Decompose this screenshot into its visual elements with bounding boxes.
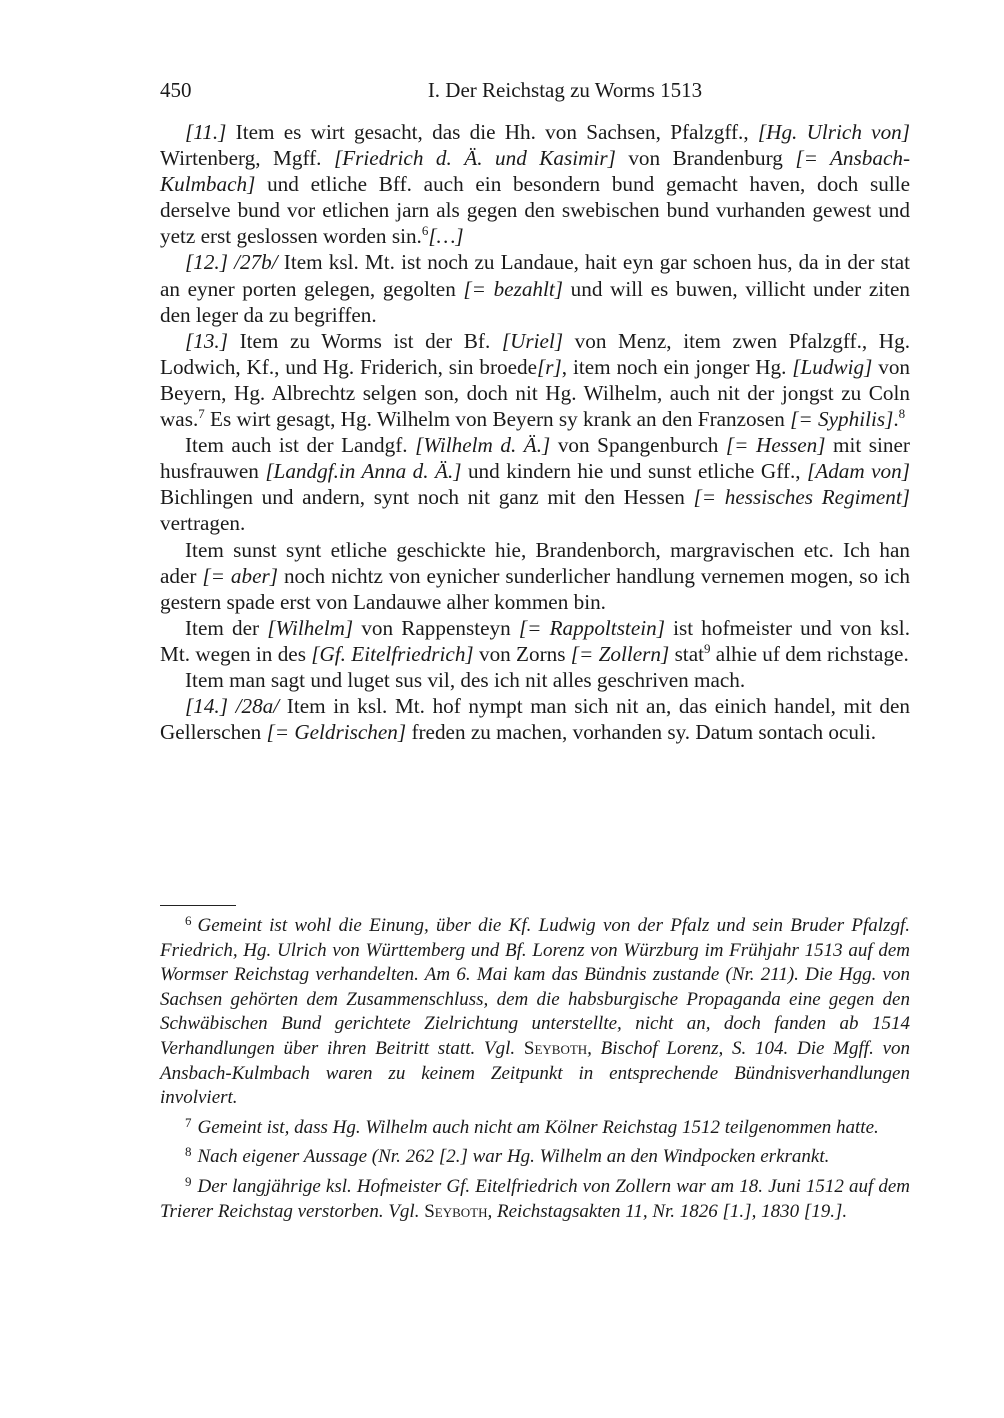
footnote: 6Gemeint ist wohl die Einung, über die K…	[160, 909, 910, 1111]
footnote: 9Der langjährige ksl. Hofmeister Gf. Eit…	[160, 1170, 910, 1224]
footnote-number: 9	[185, 1174, 192, 1189]
footnote-number: 8	[185, 1144, 192, 1159]
footnote: 8Nach eigener Aussage (Nr. 262 [2.] war …	[160, 1140, 910, 1170]
footnotes: 6Gemeint ist wohl die Einung, über die K…	[160, 909, 910, 1224]
editorial-note: [Landgf.in Anna d. Ä.]	[265, 459, 461, 483]
footnote-number: 6	[185, 913, 192, 928]
text-run: Item man sagt und luget sus vil, des ich…	[185, 668, 745, 692]
editorial-note: [13.]	[185, 329, 228, 353]
editorial-note: [r]	[537, 355, 562, 379]
text-run: freden zu machen, vorhanden sy. Datum so…	[406, 720, 876, 744]
editorial-note: [12.] /27b/	[185, 250, 278, 274]
text-run: von Rappensteyn	[353, 616, 519, 640]
editorial-note: [= Geldrischen]	[266, 720, 406, 744]
editorial-note: [Ludwig]	[792, 355, 872, 379]
text-run: , Reichstagsakten 11, Nr. 1826 [1.], 183…	[488, 1201, 848, 1222]
editorial-note: [= Hessen]	[726, 433, 826, 457]
editorial-note: […]	[428, 224, 463, 248]
text-run: , item noch ein jonger Hg.	[562, 355, 793, 379]
editorial-note: [= Rappoltstein]	[519, 616, 665, 640]
editorial-note: [Hg. Ulrich von]	[758, 120, 910, 144]
paragraph: Item auch ist der Landgf. [Wilhelm d. Ä.…	[160, 432, 910, 536]
text-run: alhie uf dem richstage.	[711, 642, 909, 666]
editorial-note: [= Syphilis]	[790, 407, 893, 431]
editorial-note: [14.] /28a/	[185, 694, 279, 718]
editorial-note: [Friedrich d. Ä. und Kasimir]	[334, 146, 616, 170]
text-run: Es wirt gesagt, Hg. Wilhelm von Beyern s…	[205, 407, 790, 431]
text-run: und etliche Bff. auch ein besondern bund…	[160, 172, 910, 248]
page-header: 450 I. Der Reichstag zu Worms 1513	[160, 78, 910, 108]
text-run: Item es wirt gesacht, das die Hh. von Sa…	[226, 120, 758, 144]
text-run: Item auch ist der Landgf.	[185, 433, 415, 457]
text-run: und kindern hie und sunst etliche Gff.,	[461, 459, 807, 483]
editorial-note: [Uriel]	[502, 329, 563, 353]
paragraph: Item der [Wilhelm] von Rappensteyn [= Ra…	[160, 615, 910, 667]
footnote-number: 7	[185, 1115, 192, 1130]
text-run: Nach eigener Aussage (Nr. 262 [2.] war H…	[198, 1146, 830, 1167]
text-run: stat	[669, 642, 704, 666]
text-run: von Spangenburch	[550, 433, 726, 457]
editorial-note: [= aber]	[202, 564, 278, 588]
text-run: Wirtenberg, Mgff.	[160, 146, 334, 170]
text-run: Bichlingen und andern, synt noch nit gan…	[160, 485, 694, 509]
running-title: I. Der Reichstag zu Worms 1513	[160, 78, 910, 103]
footnote-separator	[160, 905, 236, 906]
editorial-note: [= bezahlt]	[463, 277, 563, 301]
editorial-note: [Wilhelm]	[267, 616, 353, 640]
editorial-note: [Gf. Eitelfriedrich]	[311, 642, 473, 666]
author-name: Seyboth	[424, 1201, 487, 1222]
editorial-note: [Adam von]	[807, 459, 910, 483]
editorial-note: [Wilhelm d. Ä.]	[415, 433, 550, 457]
text-run: Item zu Worms ist der Bf.	[228, 329, 502, 353]
text-run: von Zorns	[474, 642, 571, 666]
editorial-note: [= hessisches Regiment]	[694, 485, 910, 509]
text-run: vertragen.	[160, 511, 245, 535]
paragraph: [14.] /28a/ Item in ksl. Mt. hof nympt m…	[160, 693, 910, 745]
footnote: 7Gemeint ist, dass Hg. Wilhelm auch nich…	[160, 1111, 910, 1141]
paragraph: [13.] Item zu Worms ist der Bf. [Uriel] …	[160, 328, 910, 432]
paragraph: Item man sagt und luget sus vil, des ich…	[160, 667, 910, 693]
footnote-reference[interactable]: 8	[899, 406, 906, 421]
paragraph: Item sunst synt etliche geschickte hie, …	[160, 537, 910, 615]
editorial-note: [11.]	[185, 120, 226, 144]
text-run: Item der	[185, 616, 267, 640]
author-name: Seyboth	[524, 1038, 587, 1059]
paragraph: [12.] /27b/ Item ksl. Mt. ist noch zu La…	[160, 249, 910, 327]
main-text: [11.] Item es wirt gesacht, das die Hh. …	[160, 119, 910, 745]
editorial-note: [= Zollern]	[571, 642, 669, 666]
text-run: Gemeint ist, dass Hg. Wilhelm auch nicht…	[198, 1117, 879, 1138]
text-run: von Brandenburg	[616, 146, 795, 170]
paragraph: [11.] Item es wirt gesacht, das die Hh. …	[160, 119, 910, 249]
